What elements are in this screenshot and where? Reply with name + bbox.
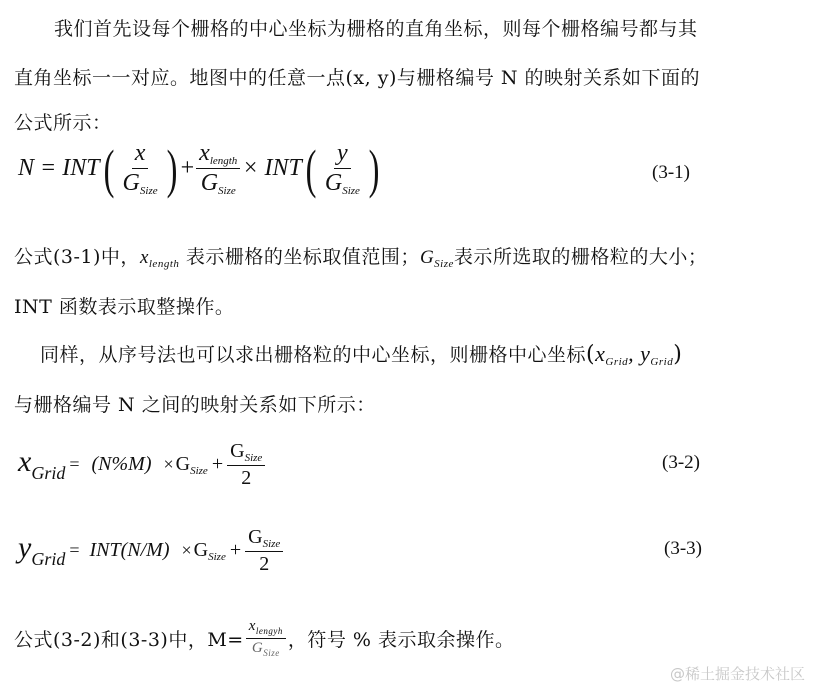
p4-xgrid-base: x (595, 341, 605, 366)
eq1-f1-den-base: G (123, 170, 140, 196)
paragraph-1-line-1: 我们首先设每个栅格的中心坐标为栅格的直角坐标，则每个栅格编号都与其 (54, 14, 698, 41)
eq3-equals: = (69, 540, 79, 561)
p5-frac-num-base: x (249, 618, 256, 634)
eq1-paren-close-2: ) (369, 142, 380, 196)
equation-3-3: yGrid = INT(N/M) × GSize + GSize 2 (18, 526, 285, 575)
p2-gsize: GSize (420, 247, 454, 268)
eq3-body: INT(N/M) (90, 539, 170, 562)
eq2-times: × (163, 454, 173, 475)
eq2-g: GSize (176, 453, 208, 477)
paragraph-3: INT 函数表示取整操作。 (14, 292, 234, 319)
eq3-g-sub: Size (208, 551, 226, 563)
eq1-f2-den-sub: Size (218, 185, 236, 197)
p5-frac-num-sub: lengyh (256, 626, 283, 636)
eq1-paren-close: ) (166, 142, 177, 196)
eq1-paren-open: ( (103, 142, 114, 196)
eq1-f1-num: x (132, 140, 149, 168)
eq1-f2-num: xlength (196, 140, 240, 169)
p4-ygrid-base: y (640, 341, 650, 366)
eq2-g-sub: Size (190, 465, 208, 477)
eq3-frac-num-sub: Size (263, 538, 281, 550)
eq3-times: × (182, 540, 192, 561)
paragraph-1-line-2: 直角坐标一一对应。地图中的任意一点(x, y)与栅格编号 N 的映射关系如下面的 (14, 63, 700, 90)
eq1-f3-num: y (334, 140, 351, 168)
eq1-f3-den-sub: Size (342, 185, 360, 197)
eq1-f3-den: GSize (322, 169, 363, 197)
p2-mid: 表示栅格的坐标取值范围； (186, 246, 420, 268)
watermark: @稀土掘金技术社区 (670, 663, 805, 684)
p4-coord: (xGrid, yGrid) (586, 342, 682, 367)
eq1-f3-den-base: G (325, 170, 342, 196)
p5-frac-den-base: G (252, 640, 263, 656)
eq1-paren-open-2: ( (305, 142, 316, 196)
eq3-frac-num: GSize (245, 526, 283, 552)
eq1-fraction-3: y GSize (322, 140, 363, 196)
eq3-g: GSize (194, 539, 226, 563)
eq1-fraction-1: x GSize (120, 140, 161, 196)
p5-fraction: xlengyh GSize (246, 618, 286, 659)
p2-gsize-sub: Size (434, 258, 454, 270)
eq2-frac-den: 2 (238, 466, 254, 489)
p2-xlength-sub: length (149, 258, 180, 270)
p4-ygrid-sub: Grid (650, 356, 673, 368)
equation-3-1: N = INT ( x GSize ) + xlength GSize × IN… (18, 140, 383, 197)
eq3-frac-den: 2 (256, 552, 272, 575)
eq2-body: (N%M) (92, 453, 152, 476)
equation-label-3-1: (3-1) (652, 162, 690, 184)
eq3-fraction: GSize 2 (245, 526, 283, 575)
eq1-f2-num-sub: length (210, 155, 238, 167)
eq2-frac-num-base: G (230, 440, 244, 462)
equation-3-2: xGrid = (N%M) × GSize + GSize 2 (18, 440, 267, 489)
p4-text: 同样，从序号法也可以求出栅格粒的中心坐标，则栅格中心坐标 (40, 344, 586, 366)
eq2-lhs: xGrid (18, 445, 65, 484)
p2-xlength: xlength (140, 247, 179, 268)
p5-suffix: ，符号 % 表示取余操作。 (288, 625, 515, 652)
eq1-lhs: N = INT (18, 155, 100, 182)
eq2-lhs-sub: Grid (31, 463, 65, 483)
p5-prefix: 公式(3-2)和(3-3)中，M= (14, 625, 244, 652)
p2-gsize-base: G (420, 247, 434, 268)
eq3-g-base: G (194, 539, 208, 561)
p2-xlength-base: x (140, 247, 149, 268)
p5-frac-den: GSize (249, 639, 283, 659)
paragraph-1-line-3: 公式所示： (14, 108, 112, 135)
eq2-fraction: GSize 2 (227, 440, 265, 489)
eq1-f1-den: GSize (120, 169, 161, 197)
eq3-frac-num-base: G (248, 526, 262, 548)
p2-prefix: 公式(3-1)中， (14, 246, 140, 268)
eq2-frac-num: GSize (227, 440, 265, 466)
eq1-times-int: × INT (242, 155, 302, 182)
equation-label-3-2: (3-2) (662, 452, 700, 474)
eq3-lhs-sub: Grid (31, 549, 65, 569)
eq3-plus: + (230, 539, 241, 562)
eq1-f1-den-sub: Size (140, 185, 158, 197)
eq2-equals: = (69, 454, 79, 475)
p5-frac-num: xlengyh (246, 618, 286, 639)
eq1-f2-den: GSize (198, 169, 239, 197)
eq3-lhs: yGrid (18, 531, 65, 570)
paragraph-5: 公式(3-2)和(3-3)中，M= xlengyh GSize ，符号 % 表示… (14, 618, 515, 659)
paragraph-4-line-2: 与栅格编号 N 之间的映射关系如下所示： (14, 390, 376, 417)
eq2-frac-num-sub: Size (245, 452, 263, 464)
p4-xgrid-sub: Grid (605, 356, 628, 368)
eq1-f2-num-base: x (199, 140, 210, 166)
eq2-lhs-base: x (18, 445, 31, 478)
eq1-f2-den-base: G (201, 170, 218, 196)
paragraph-2: 公式(3-1)中，xlength 表示栅格的坐标取值范围；GSize表示所选取的… (14, 242, 707, 270)
equation-label-3-3: (3-3) (664, 538, 702, 560)
eq3-lhs-base: y (18, 531, 31, 564)
p2-suffix: 表示所选取的栅格粒的大小； (454, 246, 708, 268)
eq2-g-base: G (176, 453, 190, 475)
eq2-plus: + (212, 453, 223, 476)
p5-frac-den-sub: Size (263, 648, 280, 658)
eq1-fraction-2: xlength GSize (196, 140, 240, 197)
paragraph-4-line-1: 同样，从序号法也可以求出栅格粒的中心坐标，则栅格中心坐标(xGrid, yGri… (40, 340, 682, 368)
eq1-plus: + (181, 155, 195, 182)
